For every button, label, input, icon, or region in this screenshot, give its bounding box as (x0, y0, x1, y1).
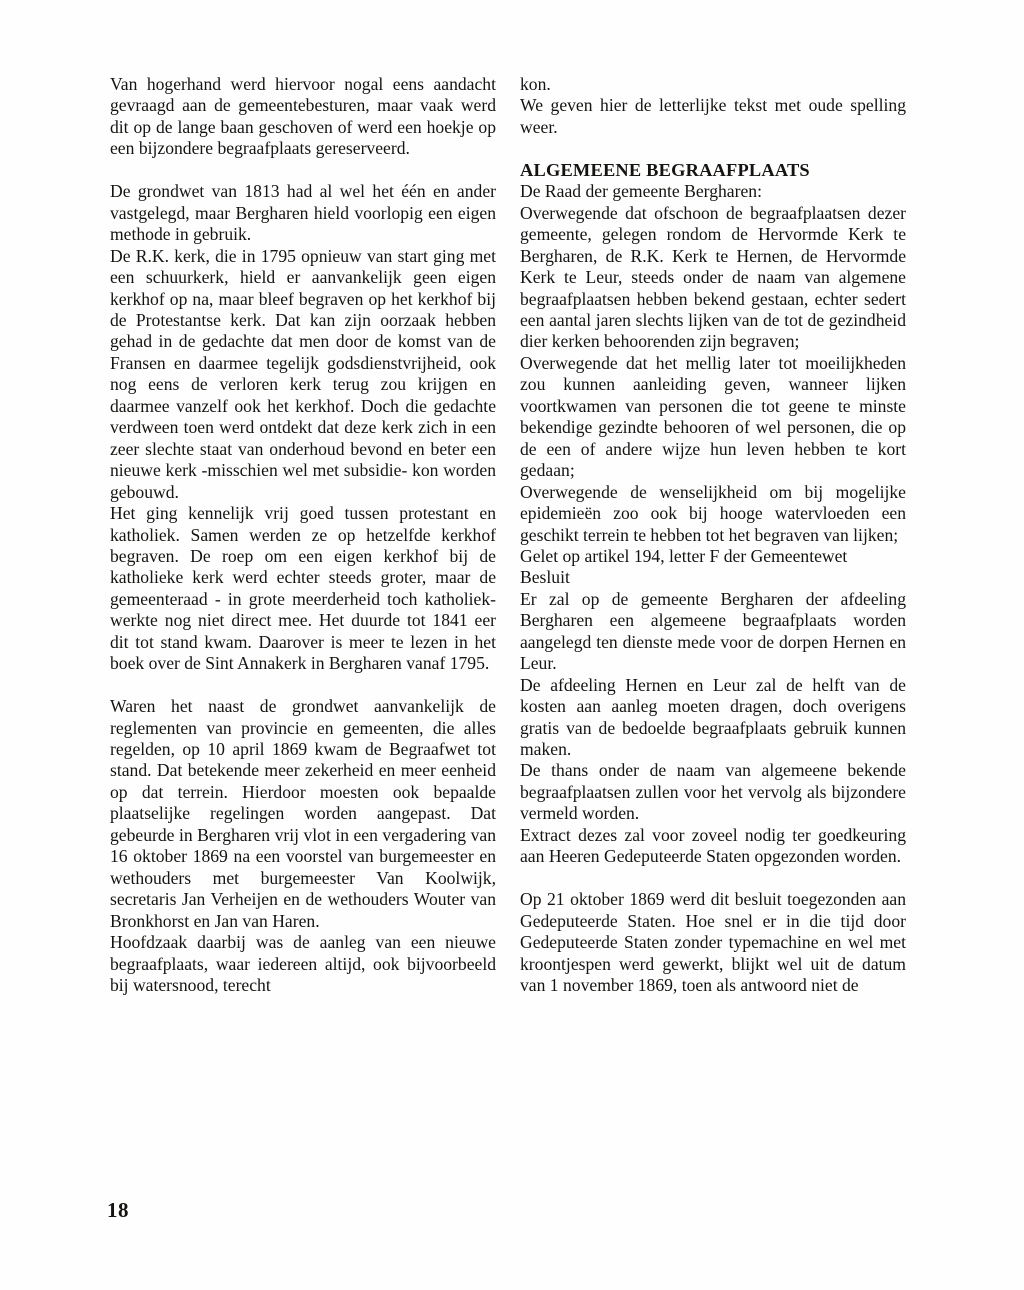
paragraph: Extract dezes zal voor zoveel nodig ter … (520, 825, 906, 868)
paragraph: Van hogerhand werd hiervoor nogal eens a… (110, 74, 496, 160)
paragraph: De afdeeling Hernen en Leur zal de helft… (520, 675, 906, 761)
paragraph: Waren het naast de grondwet aanvankelijk… (110, 696, 496, 932)
paragraph: We geven hier de letterlijke tekst met o… (520, 95, 906, 138)
paragraph: De thans onder de naam van algemeene bek… (520, 760, 906, 824)
paragraph-group: De grondwet van 1813 had al wel het één … (110, 181, 496, 674)
paragraph: Op 21 oktober 1869 werd dit besluit toeg… (520, 889, 906, 996)
scanned-book-page: Van hogerhand werd hiervoor nogal eens a… (0, 0, 1024, 1290)
paragraph: Overwegende dat ofschoon de begraafplaat… (520, 203, 906, 353)
paragraph-group: ALGEMEENE BEGRAAFPLAATS De Raad der geme… (520, 160, 906, 868)
paragraph: Er zal op de gemeente Bergharen der afde… (520, 589, 906, 675)
paragraph: Overwegende de wenselijkheid om bij moge… (520, 482, 906, 546)
left-text-column: Van hogerhand werd hiervoor nogal eens a… (110, 74, 496, 996)
paragraph: Hoofdzaak daarbij was de aanleg van een … (110, 932, 496, 996)
paragraph: Het ging kennelijk vrij goed tussen prot… (110, 503, 496, 675)
page-number: 18 (107, 1198, 129, 1223)
paragraph-group: Van hogerhand werd hiervoor nogal eens a… (110, 74, 496, 160)
paragraph: De grondwet van 1813 had al wel het één … (110, 181, 496, 245)
paragraph: Gelet op artikel 194, letter F der Gemee… (520, 546, 906, 567)
paragraph-group: kon. We geven hier de letterlijke tekst … (520, 74, 906, 138)
paragraph-group: Op 21 oktober 1869 werd dit besluit toeg… (520, 889, 906, 996)
paragraph: Overwegende dat het mellig later tot moe… (520, 353, 906, 482)
paragraph: De Raad der gemeente Bergharen: (520, 181, 906, 202)
paragraph-group: Waren het naast de grondwet aanvankelijk… (110, 696, 496, 996)
paragraph: kon. (520, 74, 906, 95)
right-text-column: kon. We geven hier de letterlijke tekst … (520, 74, 906, 996)
paragraph: De R.K. kerk, die in 1795 opnieuw van st… (110, 246, 496, 503)
paragraph: Besluit (520, 567, 906, 588)
section-heading: ALGEMEENE BEGRAAFPLAATS (520, 160, 906, 181)
